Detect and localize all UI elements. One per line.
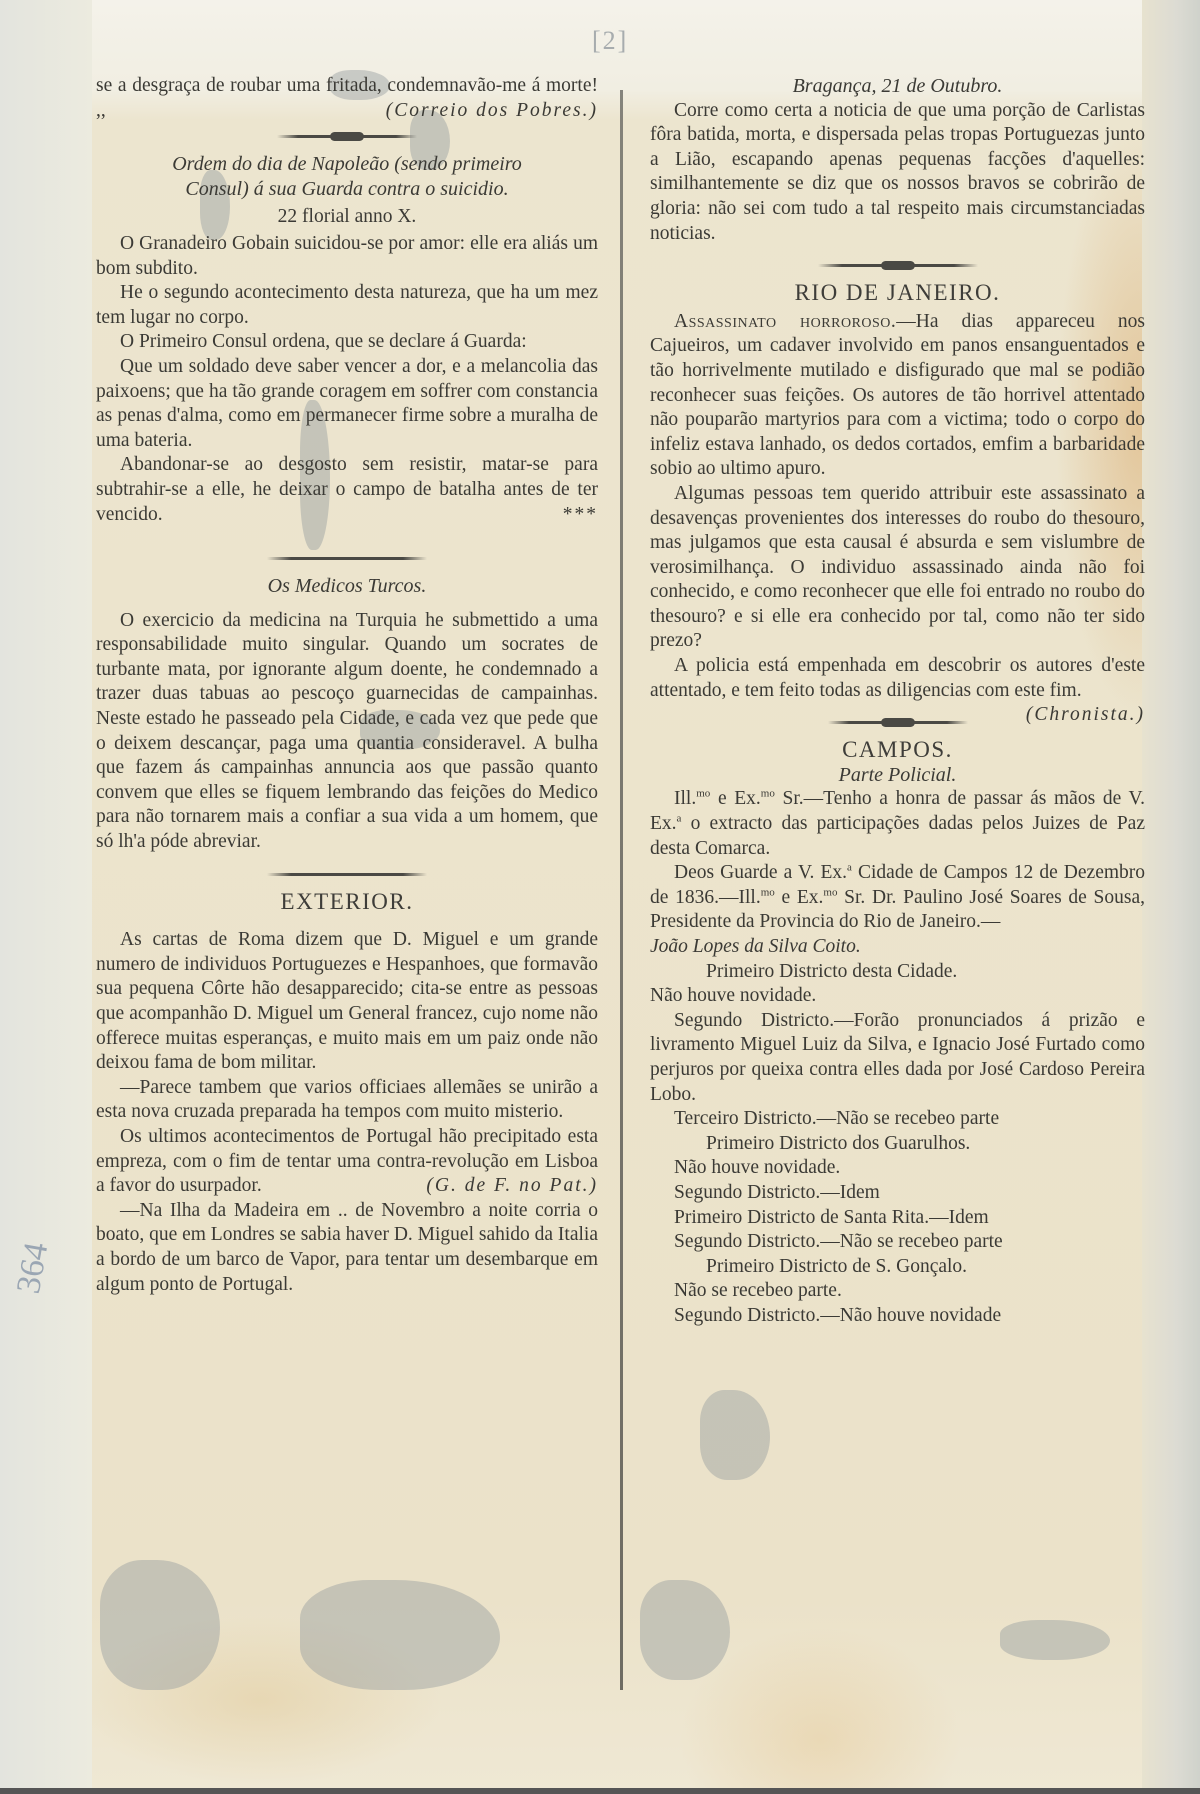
superscript: mo bbox=[761, 788, 775, 800]
article-title: Ordem do dia de Napoleão (sendo primeiro bbox=[96, 152, 598, 177]
paragraph-text: A policia está empenhada em descobrir os… bbox=[650, 655, 1145, 701]
asterism: *** bbox=[539, 503, 598, 528]
district-report: Segundo Districto.—Não se recebeo parte bbox=[650, 1230, 1145, 1255]
superscript: mo bbox=[696, 788, 710, 800]
braganca-article: Bragança, 21 de Outubro. Corre como cert… bbox=[650, 74, 1145, 246]
district-report: Não se recebeo parte. bbox=[650, 1279, 1145, 1304]
superscript: mo bbox=[761, 886, 775, 898]
article-paragraph: —Na Ilha da Madeira em .. de Novembro a … bbox=[96, 1199, 598, 1297]
district-report: Segundo Districto.—Não houve novidade bbox=[650, 1304, 1145, 1329]
article-paragraph: O Granadeiro Gobain suicidou-se por amor… bbox=[96, 232, 598, 281]
newspaper-page: [2] 364 se a desgraça de roubar uma frit… bbox=[0, 0, 1200, 1794]
article-title: Os Medicos Turcos. bbox=[96, 574, 598, 599]
article-paragraph: Os ultimos acontecimentos de Portugal hã… bbox=[96, 1125, 598, 1199]
district-report: Não houve novidade. bbox=[650, 1156, 1145, 1181]
paragraph-text: —Ha dias appareceu nos Cajueiros, um cad… bbox=[650, 311, 1145, 480]
article-paragraph: O Primeiro Consul ordena, que se declare… bbox=[96, 330, 598, 355]
source-citation: (Correio dos Pobres.) bbox=[386, 99, 598, 124]
exterior-section: EXTERIOR. As cartas de Roma dizem que D.… bbox=[96, 890, 598, 1298]
water-stain bbox=[640, 1580, 730, 1680]
page-number: [2] bbox=[592, 26, 628, 56]
left-page-margin bbox=[0, 0, 92, 1794]
column-divider bbox=[620, 90, 623, 1690]
scan-bottom-edge bbox=[0, 1788, 1200, 1794]
water-stain bbox=[700, 1390, 770, 1480]
left-column: se a desgraça de roubar uma fritada, con… bbox=[96, 74, 598, 1297]
rio-section: RIO DE JANEIRO. Assassinato horroroso.—H… bbox=[650, 281, 1145, 703]
district-heading: Primeiro Districto desta Cidade. bbox=[650, 960, 1145, 985]
letter-salutation: Ill.mo e Ex.mo Sr.—Tenho a honra de pass… bbox=[650, 787, 1145, 861]
section-divider bbox=[267, 873, 427, 876]
article-paragraph: A policia está empenhada em descobrir os… bbox=[650, 654, 1145, 703]
article-paragraph: He o segundo acontecimento desta naturez… bbox=[96, 281, 598, 330]
district-report: Primeiro Districto de Santa Rita.—Idem bbox=[650, 1206, 1145, 1231]
district-report: Segundo Districto.—Forão pronunciados á … bbox=[650, 1009, 1145, 1107]
article-paragraph: Que um soldado deve saber vencer a dor, … bbox=[96, 355, 598, 453]
ornamental-divider bbox=[277, 135, 417, 138]
article-date: 22 florial anno X. bbox=[96, 205, 598, 230]
article-paragraph: As cartas de Roma dizem que D. Miguel e … bbox=[96, 928, 598, 1076]
section-heading: EXTERIOR. bbox=[96, 890, 598, 915]
section-heading: RIO DE JANEIRO. bbox=[650, 281, 1145, 306]
continued-text: se a desgraça de roubar uma fritada, con… bbox=[96, 74, 598, 123]
text: e Ex. bbox=[775, 887, 824, 908]
text: Deos Guarde a V. Ex. bbox=[674, 862, 847, 883]
article-paragraph: Corre como certa a noticia de que uma po… bbox=[650, 99, 1145, 247]
article-paragraph: Abandonar-se ao desgosto sem resistir, m… bbox=[96, 453, 598, 527]
letter-signature: João Lopes da Silva Coito. bbox=[650, 935, 1145, 960]
napoleon-article: Ordem do dia de Napoleão (sendo primeiro… bbox=[96, 152, 598, 527]
district-report: Não houve novidade. bbox=[650, 984, 1145, 1009]
ornamental-divider bbox=[818, 264, 978, 267]
article-paragraph: —Parece tambem que varios officiaes alle… bbox=[96, 1076, 598, 1125]
district-heading: Primeiro Districto dos Guarulhos. bbox=[650, 1132, 1145, 1157]
text: e Ex. bbox=[710, 788, 761, 809]
right-column: Bragança, 21 de Outubro. Corre como cert… bbox=[650, 74, 1145, 1329]
superscript: mo bbox=[823, 886, 837, 898]
campos-section: CAMPOS. Parte Policial. Ill.mo e Ex.mo S… bbox=[650, 738, 1145, 1328]
article-title-line2: Consul) á sua Guarda contra o suicidio. bbox=[96, 177, 598, 202]
source-citation: (G. de F. no Pat.) bbox=[402, 1174, 598, 1199]
water-stain bbox=[300, 1580, 500, 1690]
medicos-article: Os Medicos Turcos. O exercicio da medici… bbox=[96, 574, 598, 855]
water-stain bbox=[1000, 1620, 1110, 1660]
section-subtitle: Parte Policial. bbox=[650, 763, 1145, 788]
right-page-margin bbox=[1142, 0, 1200, 1794]
paragraph-text: Abandonar-se ao desgosto sem resistir, m… bbox=[96, 454, 598, 524]
article-paragraph: O exercicio da medicina na Turquia he su… bbox=[96, 609, 598, 855]
dateline: Bragança, 21 de Outubro. bbox=[650, 74, 1145, 99]
article-paragraph: Algumas pessoas tem querido attribuir es… bbox=[650, 482, 1145, 654]
source-citation: (Chronista.) bbox=[1002, 703, 1145, 728]
section-heading: CAMPOS. bbox=[650, 738, 1145, 763]
district-heading: Primeiro Districto de S. Gonçalo. bbox=[650, 1255, 1145, 1280]
article-lead: Assassinato horroroso. bbox=[674, 311, 896, 332]
text: Ill. bbox=[674, 788, 696, 809]
text: o extracto das participações dadas pelos… bbox=[650, 813, 1145, 859]
ornamental-divider bbox=[828, 721, 968, 724]
district-report: Terceiro Districto.—Não se recebeo parte bbox=[650, 1107, 1145, 1132]
article-paragraph: Assassinato horroroso.—Ha dias appareceu… bbox=[650, 310, 1145, 482]
water-stain bbox=[100, 1560, 220, 1690]
district-report: Segundo Districto.—Idem bbox=[650, 1181, 1145, 1206]
section-divider bbox=[267, 557, 427, 560]
letter-closing: Deos Guarde a V. Ex.a Cidade de Campos 1… bbox=[650, 861, 1145, 935]
